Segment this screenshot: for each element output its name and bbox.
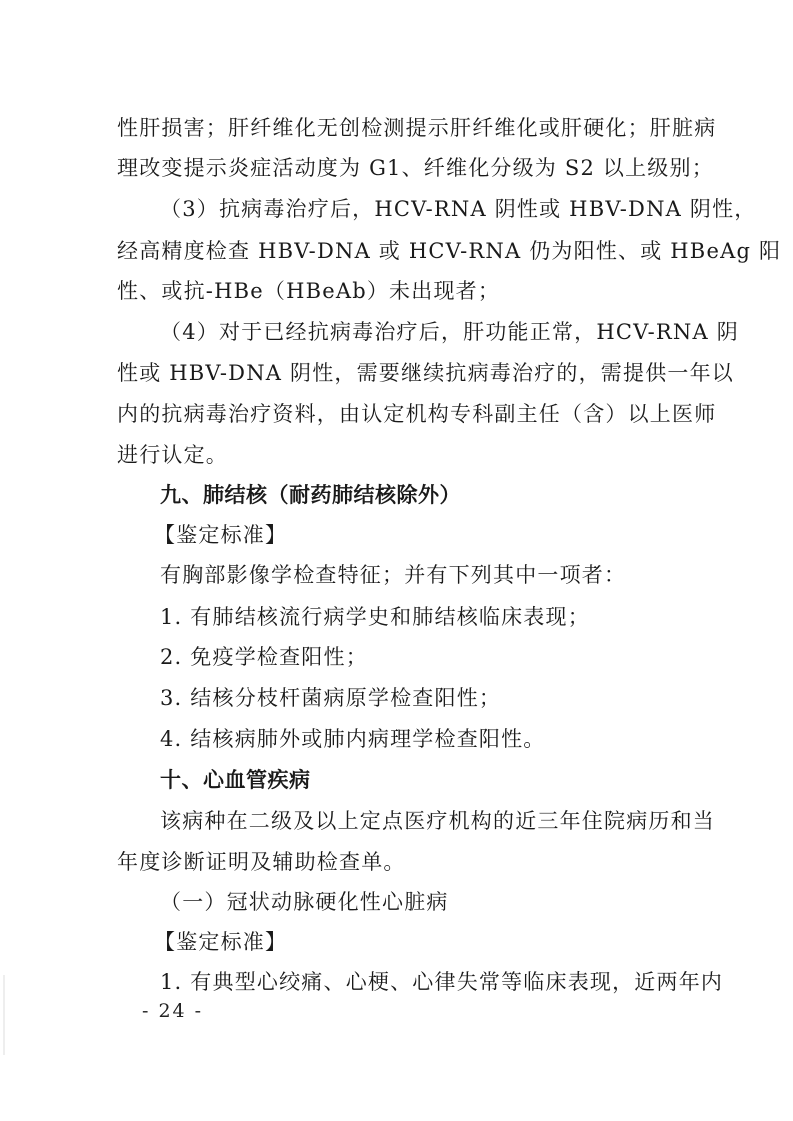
body-line: 该病种在二级及以上定点医疗机构的近三年住院病历和当 <box>160 807 708 835</box>
body-line: 性或 HBV-DNA 阴性，需要继续抗病毒治疗的，需提供一年以 <box>117 359 707 387</box>
criteria-intro: 有胸部影像学检查特征；并有下列其中一项者： <box>160 561 708 589</box>
criteria-label: 【鉴定标准】 <box>154 928 702 956</box>
criteria-item: 1. 有典型心绞痛、心梗、心律失常等临床表现，近两年内 <box>160 968 708 996</box>
criteria-item: 4. 结核病肺外或肺内病理学检查阳性。 <box>160 725 708 753</box>
page-number: - 24 - <box>142 1000 203 1022</box>
criteria-item: 1. 有肺结核流行病学史和肺结核临床表现； <box>160 603 708 631</box>
criteria-item: 3. 结核分枝杆菌病原学检查阳性； <box>160 684 708 712</box>
body-line: 进行认定。 <box>117 441 707 469</box>
scan-edge-mark <box>3 975 5 1055</box>
body-line: （4）对于已经抗病毒治疗后，肝功能正常，HCV-RNA 阴 <box>160 318 708 346</box>
section-heading-cardiovascular: 十、心血管疾病 <box>160 766 708 794</box>
criteria-item: 2. 免疫学检查阳性； <box>160 643 708 671</box>
section-heading-tuberculosis: 九、肺结核（耐药肺结核除外） <box>160 481 708 509</box>
body-line: 性、或抗-HBe（HBeAb）未出现者； <box>117 277 707 305</box>
body-line: 性肝损害；肝纤维化无创检测提示肝纤维化或肝硬化；肝脏病 <box>117 114 707 142</box>
body-line: 年度诊断证明及辅助检查单。 <box>117 848 707 876</box>
subsection-heading: （一）冠状动脉硬化性心脏病 <box>160 888 708 916</box>
body-line: 理改变提示炎症活动度为 G1、纤维化分级为 S2 以上级别； <box>117 154 707 182</box>
body-line: 经高精度检查 HBV-DNA 或 HCV-RNA 仍为阳性、或 HBeAg 阳 <box>117 237 707 265</box>
document-page: 性肝损害；肝纤维化无创检测提示肝纤维化或肝硬化；肝脏病 理改变提示炎症活动度为 … <box>0 0 793 1121</box>
body-line: （3）抗病毒治疗后，HCV-RNA 阴性或 HBV-DNA 阴性， <box>160 195 708 223</box>
body-line: 内的抗病毒治疗资料，由认定机构专科副主任（含）以上医师 <box>117 400 707 428</box>
criteria-label: 【鉴定标准】 <box>154 521 702 549</box>
